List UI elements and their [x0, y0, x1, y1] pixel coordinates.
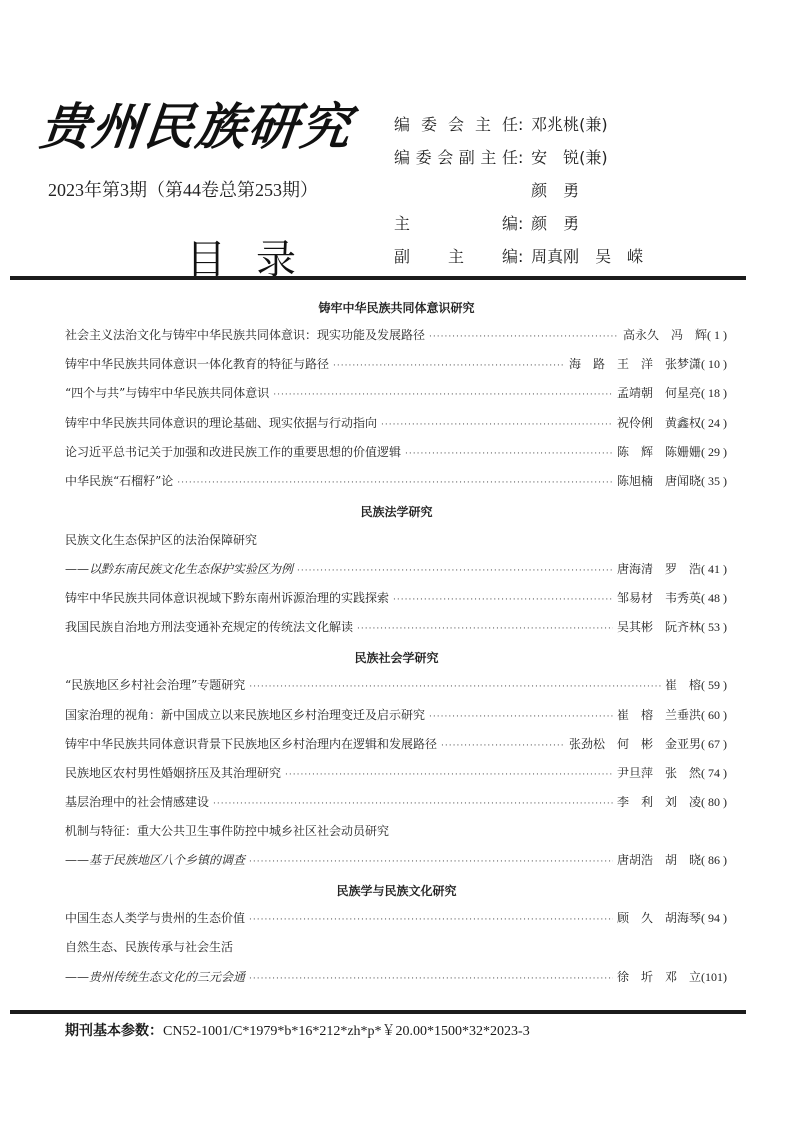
- entry-authors: 陈 辉 陈姗姗: [617, 443, 701, 461]
- entry-title: 国家治理的视角：新中国成立以来民族地区乡村治理变迁及启示研究: [65, 706, 425, 724]
- entry-page: (101): [701, 968, 727, 986]
- leader-dots: [249, 678, 661, 696]
- entry-title: 社会主义法治文化与铸牢中华民族共同体意识：现实功能及发展路径: [65, 326, 425, 344]
- toc-entry[interactable]: “民族地区乡村社会治理”专题研究崔 榕( 59 ): [65, 676, 727, 694]
- leader-dots: [429, 328, 619, 346]
- board-role: 主编: [394, 213, 518, 235]
- board-name: 颜 勇: [531, 180, 579, 202]
- journal-title: 贵州民族研究: [36, 92, 373, 162]
- entry-title: “四个与共”与铸牢中华民族共同体意识: [65, 384, 269, 402]
- toc-entry[interactable]: 铸牢中华民族共同体意识一体化教育的特征与路径海 路 王 洋 张梦潇( 10 ): [65, 355, 727, 373]
- parameters-value: CN52-1001/C*1979*b*16*212*zh*p*￥20.00*15…: [163, 1024, 530, 1039]
- entry-title: 铸牢中华民族共同体意识背景下民族地区乡村治理内在逻辑和发展路径: [65, 735, 437, 753]
- entry-title: 我国民族自治地方刑法变通补充规定的传统法文化解读: [65, 618, 353, 636]
- entry-title: 中华民族“石榴籽”论: [65, 472, 173, 490]
- board-row: 编委会主任: 邓兆桃(兼): [394, 114, 608, 136]
- entry-title: 铸牢中华民族共同体意识视域下黔东南州诉源治理的实践探索: [65, 589, 389, 607]
- bottom-rule: [10, 1010, 746, 1014]
- board-role: 编委会主任: [394, 114, 518, 136]
- toc-entry[interactable]: 中华民族“石榴籽”论陈旭楠 唐闻晓( 35 ): [65, 472, 727, 490]
- section-heading: 民族社会学研究: [0, 649, 793, 666]
- board-name: 周真刚 吴 嵘: [531, 246, 643, 268]
- toc-entry[interactable]: 国家治理的视角：新中国成立以来民族地区乡村治理变迁及启示研究崔 榕 兰垂洪( 6…: [65, 706, 727, 724]
- board-row: 副主编: 周真刚 吴 嵘: [394, 246, 643, 268]
- toc-entry[interactable]: ——以黔东南民族文化生态保护实验区为例唐海清 罗 浩( 41 ): [65, 560, 727, 578]
- entry-page: ( 59 ): [701, 676, 727, 694]
- leader-dots: [429, 708, 613, 726]
- colon: :: [518, 246, 524, 268]
- entry-title: 中国生态人类学与贵州的生态价值: [65, 909, 245, 927]
- entry-page: ( 67 ): [701, 735, 727, 753]
- entry-authors: 张劲松 何 彬 金亚男: [569, 735, 701, 753]
- entry-page: ( 80 ): [701, 793, 727, 811]
- colon: :: [518, 114, 524, 136]
- entry-title: 民族地区农村男性婚姻挤压及其治理研究: [65, 764, 281, 782]
- toc-entry[interactable]: 基层治理中的社会情感建设李 利 刘 凌( 80 ): [65, 793, 727, 811]
- board-row: 颜 勇: [394, 180, 579, 202]
- entry-page: ( 94 ): [701, 909, 727, 927]
- board-role: 副主编: [394, 246, 518, 268]
- leader-dots: [177, 474, 613, 492]
- entry-page: ( 60 ): [701, 706, 727, 724]
- entry-authors: 邹易材 韦秀英: [617, 589, 701, 607]
- entry-page: ( 24 ): [701, 414, 727, 432]
- board-row: 主编: 颜 勇: [394, 213, 579, 235]
- entry-title: 铸牢中华民族共同体意识的理论基础、现实依据与行动指向: [65, 414, 377, 432]
- entry-title: 基层治理中的社会情感建设: [65, 793, 209, 811]
- toc-entry[interactable]: 我国民族自治地方刑法变通补充规定的传统法文化解读吴其彬 阮齐林( 53 ): [65, 618, 727, 636]
- leader-dots: [213, 795, 613, 813]
- entry-page: ( 41 ): [701, 560, 727, 578]
- entry-authors: 李 利 刘 凌: [617, 793, 701, 811]
- toc-entry[interactable]: 铸牢中华民族共同体意识背景下民族地区乡村治理内在逻辑和发展路径张劲松 何 彬 金…: [65, 735, 727, 753]
- leader-dots: [297, 562, 613, 580]
- journal-parameters: 期刊基本参数：CN52-1001/C*1979*b*16*212*zh*p*￥2…: [65, 1020, 530, 1040]
- entry-title: 论习近平总书记关于加强和改进民族工作的重要思想的价值逻辑: [65, 443, 401, 461]
- leader-dots: [405, 445, 613, 463]
- entry-authors: 唐海清 罗 浩: [617, 560, 701, 578]
- toc-entry[interactable]: ——基于民族地区八个乡镇的调查唐胡浩 胡 晓( 86 ): [65, 851, 727, 869]
- board-row: 编委会副主任: 安 锐(兼): [394, 147, 608, 169]
- toc-entry[interactable]: 民族文化生态保护区的法治保障研究: [65, 531, 727, 549]
- entry-page: ( 18 ): [701, 384, 727, 402]
- section-heading: 民族学与民族文化研究: [0, 882, 793, 899]
- entry-page: ( 10 ): [701, 355, 727, 373]
- entry-authors: 尹旦萍 张 然: [617, 764, 701, 782]
- entry-title: 铸牢中华民族共同体意识一体化教育的特征与路径: [65, 355, 329, 373]
- colon: :: [518, 147, 524, 169]
- section-heading: 民族法学研究: [0, 503, 793, 520]
- toc-entry[interactable]: 民族地区农村男性婚姻挤压及其治理研究尹旦萍 张 然( 74 ): [65, 764, 727, 782]
- board-name: 颜 勇: [531, 213, 579, 235]
- entry-page: ( 35 ): [701, 472, 727, 490]
- toc-entry[interactable]: 机制与特征：重大公共卫生事件防控中城乡社区社会动员研究: [65, 822, 727, 840]
- entry-title: 机制与特征：重大公共卫生事件防控中城乡社区社会动员研究: [65, 822, 389, 840]
- entry-authors: 高永久 冯 辉: [623, 326, 707, 344]
- entry-authors: 孟靖朝 何星亮: [617, 384, 701, 402]
- entry-subtitle: ——以黔东南民族文化生态保护实验区为例: [65, 560, 293, 578]
- entry-title: 自然生态、民族传承与社会生活: [65, 938, 233, 956]
- toc-entry[interactable]: ——贵州传统生态文化的三元会通徐 圻 邓 立(101): [65, 968, 727, 986]
- leader-dots: [249, 911, 613, 929]
- entry-page: ( 53 ): [701, 618, 727, 636]
- leader-dots: [273, 386, 613, 404]
- leader-dots: [381, 416, 613, 434]
- toc-entry[interactable]: 自然生态、民族传承与社会生活: [65, 938, 727, 956]
- board-name: 邓兆桃(兼): [531, 114, 608, 136]
- leader-dots: [393, 591, 613, 609]
- colon: :: [518, 213, 524, 235]
- board-name: 安 锐(兼): [531, 147, 608, 169]
- toc-entry[interactable]: 社会主义法治文化与铸牢中华民族共同体意识：现实功能及发展路径高永久 冯 辉( 1…: [65, 326, 727, 344]
- entry-page: ( 86 ): [701, 851, 727, 869]
- leader-dots: [333, 357, 565, 375]
- parameters-label: 期刊基本参数：: [65, 1023, 163, 1039]
- toc-entry[interactable]: 中国生态人类学与贵州的生态价值顾 久 胡海琴( 94 ): [65, 909, 727, 927]
- leader-dots: [357, 620, 613, 638]
- leader-dots: [441, 737, 565, 755]
- leader-dots: [249, 853, 613, 871]
- entry-authors: 顾 久 胡海琴: [617, 909, 701, 927]
- leader-dots: [285, 766, 613, 784]
- toc-entry[interactable]: 铸牢中华民族共同体意识视域下黔东南州诉源治理的实践探索邹易材 韦秀英( 48 ): [65, 589, 727, 607]
- issue-line: 2023年第3期（第44卷总第253期）: [48, 176, 318, 202]
- entry-subtitle: ——基于民族地区八个乡镇的调查: [65, 851, 245, 869]
- entry-authors: 吴其彬 阮齐林: [617, 618, 701, 636]
- entry-authors: 海 路 王 洋 张梦潇: [569, 355, 701, 373]
- journal-masthead: 贵州民族研究: [40, 92, 370, 162]
- leader-dots: [249, 970, 613, 988]
- board-role: 编委会副主任: [394, 147, 518, 169]
- entry-authors: 唐胡浩 胡 晓: [617, 851, 701, 869]
- toc-entry[interactable]: “四个与共”与铸牢中华民族共同体意识孟靖朝 何星亮( 18 ): [65, 384, 727, 402]
- entry-page: ( 1 ): [707, 326, 727, 344]
- toc-entry[interactable]: 论习近平总书记关于加强和改进民族工作的重要思想的价值逻辑陈 辉 陈姗姗( 29 …: [65, 443, 727, 461]
- entry-title: 民族文化生态保护区的法治保障研究: [65, 531, 257, 549]
- entry-page: ( 29 ): [701, 443, 727, 461]
- entry-authors: 崔 榕 兰垂洪: [617, 706, 701, 724]
- section-heading: 铸牢中华民族共同体意识研究: [0, 299, 793, 316]
- top-rule: [10, 276, 746, 280]
- entry-authors: 崔 榕: [665, 676, 701, 694]
- entry-title: “民族地区乡村社会治理”专题研究: [65, 676, 245, 694]
- entry-page: ( 48 ): [701, 589, 727, 607]
- entry-authors: 徐 圻 邓 立: [617, 968, 701, 986]
- entry-subtitle: ——贵州传统生态文化的三元会通: [65, 968, 245, 986]
- entry-authors: 祝伶俐 黄鑫权: [617, 414, 701, 432]
- toc-entry[interactable]: 铸牢中华民族共同体意识的理论基础、现实依据与行动指向祝伶俐 黄鑫权( 24 ): [65, 414, 727, 432]
- entry-authors: 陈旭楠 唐闻晓: [617, 472, 701, 490]
- entry-page: ( 74 ): [701, 764, 727, 782]
